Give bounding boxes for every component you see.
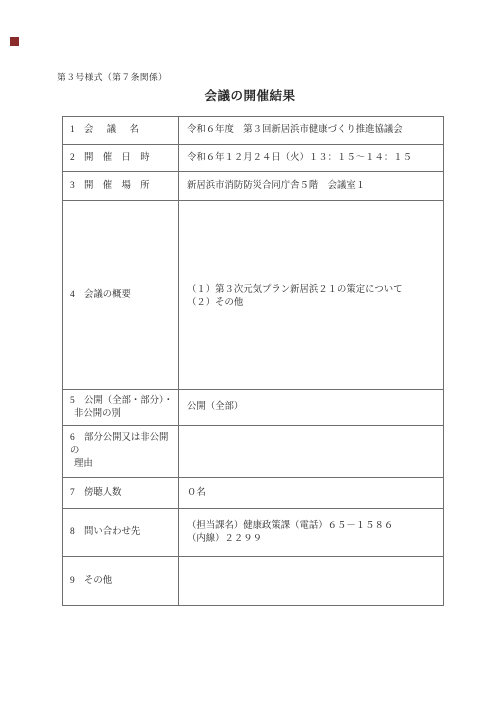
row-label-cell: 3開 催 場 所 xyxy=(63,172,179,201)
document-page: 第３号様式（第７条関係） 会議の開催結果 1会 議 名 令和６年度 第３回新居浜… xyxy=(0,0,500,707)
row-label: 5公開（全部・部分）・ xyxy=(70,395,175,408)
row-number: 9 xyxy=(70,575,84,588)
row-label-text: 部分公開又は非公開の xyxy=(70,433,168,456)
row-label-cell: 9その他 xyxy=(63,557,179,606)
row-value-cell: 公開（全部） xyxy=(179,390,444,426)
row-datetime: 2開 催 日 時 令和６年１２月２４日（火）１３：１５～１４：１５ xyxy=(63,145,444,172)
meeting-result-table: 1会 議 名 令和６年度 第３回新居浜市健康づくり推進協議会 2開 催 日 時 … xyxy=(62,116,444,606)
row-number: 3 xyxy=(70,180,84,193)
row-number: 8 xyxy=(70,526,84,539)
row-number: 5 xyxy=(70,395,84,408)
row-location: 3開 催 場 所 新居浜市消防防災合同庁舎５階 会議室１ xyxy=(63,172,444,201)
row-label-text: 会 議 名 xyxy=(84,125,141,135)
row-value-cell: ０名 xyxy=(179,478,444,509)
row-label-cell: 7傍聴人数 xyxy=(63,478,179,509)
row-other: 9その他 xyxy=(63,557,444,606)
row-value-text: 公開（全部） xyxy=(187,401,438,414)
row-label-text: 理由 xyxy=(74,458,175,471)
row-label: 9その他 xyxy=(70,575,175,588)
row-label-text: その他 xyxy=(84,576,112,586)
document-title: 会議の開催結果 xyxy=(0,86,500,104)
row-label: 8問い合わせ先 xyxy=(70,526,175,539)
row-number: 6 xyxy=(70,432,84,445)
row-nondisclosure-reason: 6部分公開又は非公開の 理由 xyxy=(63,426,444,478)
row-label-text: 開 催 日 時 xyxy=(84,153,150,163)
row-label: 6部分公開又は非公開の xyxy=(70,432,175,457)
row-number: 1 xyxy=(70,124,84,137)
row-number: 4 xyxy=(70,289,84,302)
row-label: 1会 議 名 xyxy=(70,124,175,137)
table-body: 1会 議 名 令和６年度 第３回新居浜市健康づくり推進協議会 2開 催 日 時 … xyxy=(63,117,444,606)
row-value-cell xyxy=(179,557,444,606)
row-meeting-name: 1会 議 名 令和６年度 第３回新居浜市健康づくり推進協議会 xyxy=(63,117,444,145)
row-label-text: 開 催 場 所 xyxy=(84,181,150,191)
row-label-cell: 1会 議 名 xyxy=(63,117,179,145)
row-value-text: （内線）２２９９ xyxy=(187,533,438,546)
row-number: 7 xyxy=(70,487,84,500)
row-value-cell xyxy=(179,426,444,478)
row-label-text: 問い合わせ先 xyxy=(84,527,140,537)
form-reference: 第３号様式（第７条関係） xyxy=(57,70,167,83)
row-label-cell: 8問い合わせ先 xyxy=(63,509,179,557)
row-label-cell: 4会議の概要 xyxy=(63,201,179,390)
row-value-cell: （１）第３次元気プラン新居浜２１の策定について （２）その他 xyxy=(179,201,444,390)
row-label-text: 会議の概要 xyxy=(84,290,131,300)
row-value-text: （１）第３次元気プラン新居浜２１の策定について xyxy=(187,284,438,297)
red-square-mark xyxy=(10,37,19,46)
row-value-text: ０名 xyxy=(187,487,438,500)
row-label-text: 傍聴人数 xyxy=(84,488,122,498)
row-value-cell: 新居浜市消防防災合同庁舎５階 会議室１ xyxy=(179,172,444,201)
row-value-text: 令和６年１２月２４日（火）１３：１５～１４：１５ xyxy=(187,152,438,165)
row-value-cell: 令和６年１２月２４日（火）１３：１５～１４：１５ xyxy=(179,145,444,172)
row-value-text: （２）その他 xyxy=(187,297,438,310)
row-number: 2 xyxy=(70,152,84,165)
row-label-cell: 2開 催 日 時 xyxy=(63,145,179,172)
row-value-cell: （担当課名）健康政策課（電話）６５－１５８６ （内線）２２９９ xyxy=(179,509,444,557)
row-contact: 8問い合わせ先 （担当課名）健康政策課（電話）６５－１５８６ （内線）２２９９ xyxy=(63,509,444,557)
row-value-text: （担当課名）健康政策課（電話）６５－１５８６ xyxy=(187,520,438,533)
row-value-text: 令和６年度 第３回新居浜市健康づくり推進協議会 xyxy=(187,124,438,137)
row-label-text: 非公開の別 xyxy=(74,408,175,421)
row-value-text: 新居浜市消防防災合同庁舎５階 会議室１ xyxy=(187,180,438,193)
row-summary: 4会議の概要 （１）第３次元気プラン新居浜２１の策定について （２）その他 xyxy=(63,201,444,390)
row-label-text: 公開（全部・部分）・ xyxy=(84,396,173,406)
row-label: 2開 催 日 時 xyxy=(70,152,175,165)
row-label: 7傍聴人数 xyxy=(70,487,175,500)
row-disclosure: 5公開（全部・部分）・ 非公開の別 公開（全部） xyxy=(63,390,444,426)
row-label: 3開 催 場 所 xyxy=(70,180,175,193)
row-label-cell: 5公開（全部・部分）・ 非公開の別 xyxy=(63,390,179,426)
row-label: 4会議の概要 xyxy=(70,289,175,302)
row-attendee-count: 7傍聴人数 ０名 xyxy=(63,478,444,509)
row-label-cell: 6部分公開又は非公開の 理由 xyxy=(63,426,179,478)
row-value-cell: 令和６年度 第３回新居浜市健康づくり推進協議会 xyxy=(179,117,444,145)
